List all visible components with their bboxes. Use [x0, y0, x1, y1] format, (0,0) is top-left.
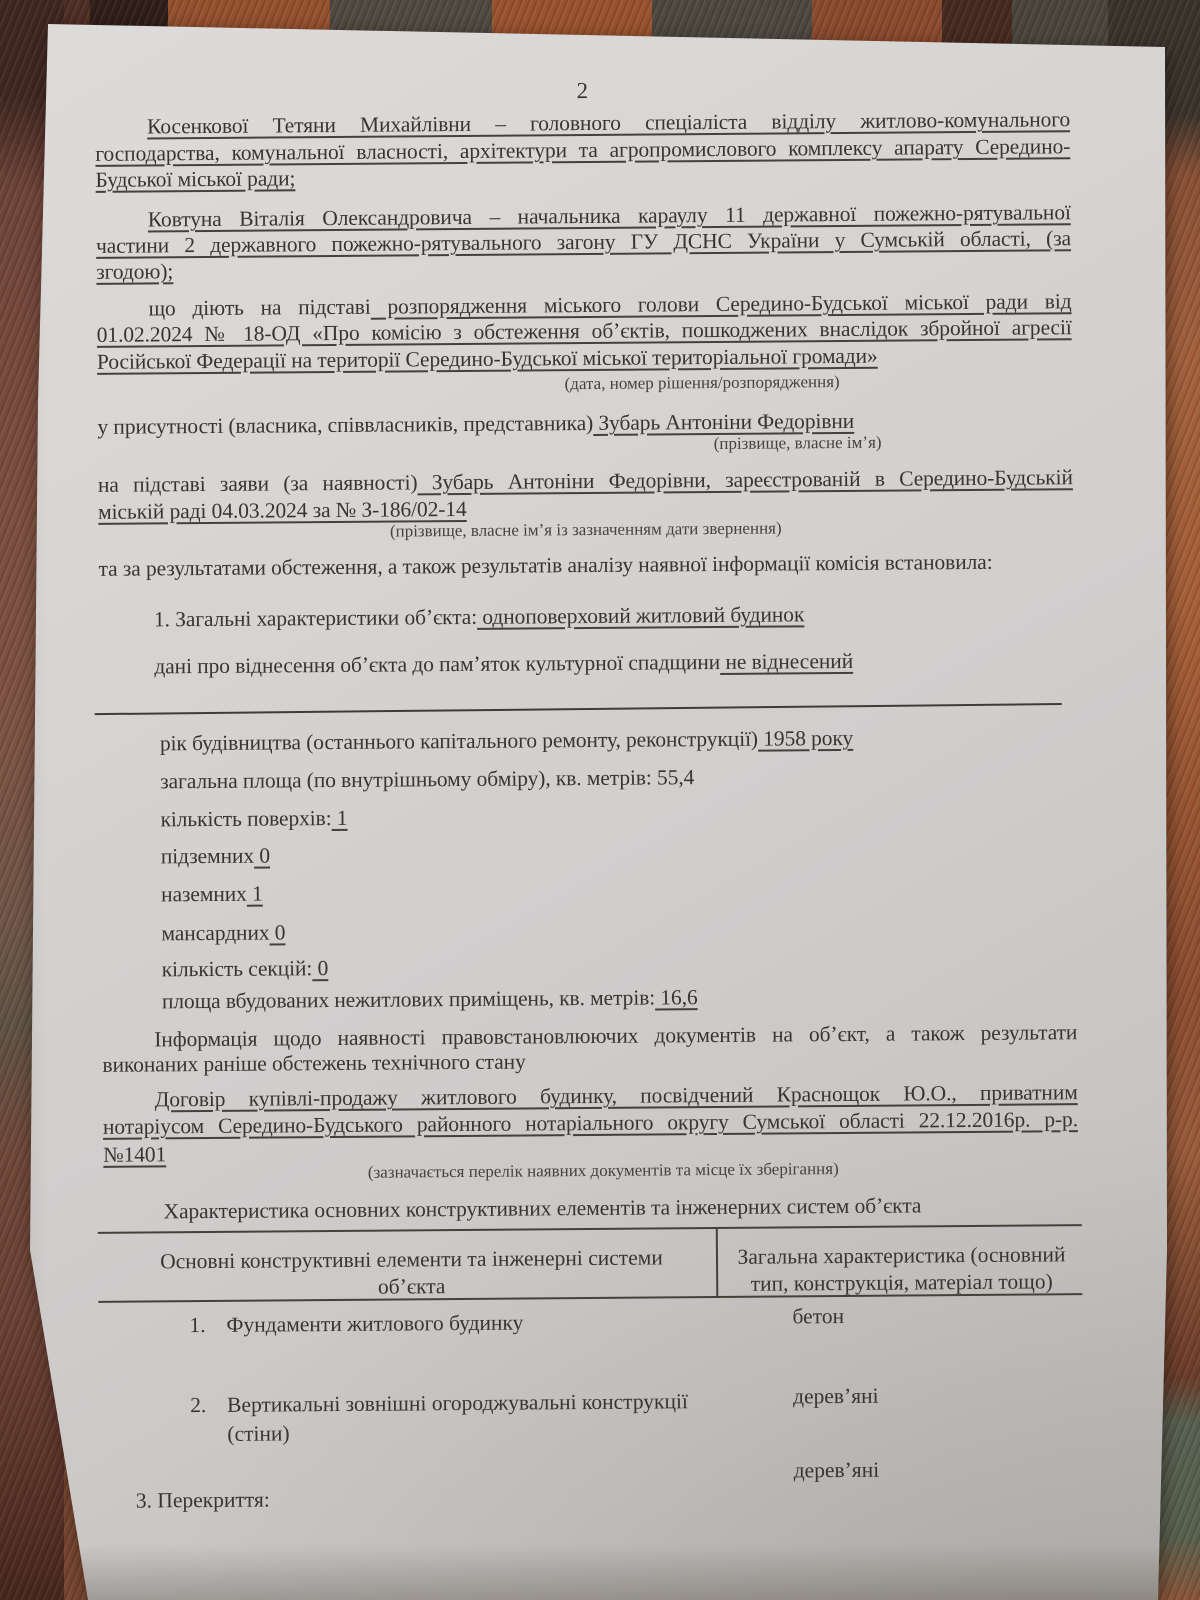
- document-content: 2 Косенкової Тетяни Михайлівни – головно…: [94, 0, 1082, 1600]
- text-segment: мансардних: [161, 921, 269, 946]
- table-row-number: 2.: [190, 1391, 206, 1420]
- text-segment: загальна площа (по внутрішньому обміру),…: [160, 765, 694, 793]
- table-cell-line: Вертикальні зовнішні огороджувальні конс…: [227, 1387, 767, 1420]
- table-header-line: об’єкта: [119, 1271, 704, 1303]
- text-segment: Характеристика основних конструктивних е…: [164, 1193, 922, 1223]
- table-header-characteristic: Загальна характеристика (основний тип, к…: [724, 1241, 1079, 1298]
- text-segment: підземних: [161, 844, 254, 869]
- table-header-line: тип, конструкція, матеріал тощо): [724, 1268, 1079, 1298]
- table-row-value: дерев’яні: [794, 1456, 880, 1486]
- text-segment: та за результатами обстеження, а також р…: [98, 550, 992, 581]
- table-row-value: дерев’яні: [793, 1382, 879, 1412]
- text-segment-underlined: 1: [331, 806, 347, 830]
- text-segment: рік будівництва (останнього капітального…: [160, 727, 758, 756]
- document-line: та за результатами обстеження, а також р…: [98, 548, 1073, 583]
- document-line: загальна площа (по внутрішньому обміру),…: [100, 761, 1075, 796]
- document-line: площа вбудованих нежитлових приміщень, к…: [102, 981, 1077, 1016]
- document-line: мансардних 0: [101, 913, 1076, 948]
- text-segment-underlined: 0: [254, 844, 270, 868]
- text-segment: у присутності (власника, співвласників, …: [97, 411, 593, 439]
- table-header-line: Основні конструктивні елементи та інжене…: [119, 1244, 704, 1276]
- table-row-element: Фундаменти житлового будинку: [226, 1307, 766, 1340]
- text-segment: 1. Загальні характеристики об’єкта:: [154, 605, 477, 632]
- text-segment: дані про віднесення об’єкта до пам’яток …: [154, 650, 720, 678]
- caption-owner-name: (прізвище, власне ім’я): [598, 432, 998, 455]
- table-row-element: Вертикальні зовнішні огороджувальні конс…: [227, 1387, 767, 1449]
- table-row-label: 3. Перекриття:: [136, 1486, 270, 1516]
- text-segment-underlined: Російської Федерації на території Середи…: [97, 344, 878, 374]
- document-line: кількість поверхів: 1: [100, 799, 1075, 834]
- text-segment: кількість секцій:: [162, 956, 313, 981]
- text-segment-underlined: нотаріусом Середино-Будського районного …: [103, 1107, 1078, 1139]
- table-row-number: 3.: [136, 1488, 152, 1512]
- document-line: Характеристика основних конструктивних е…: [104, 1191, 1079, 1226]
- text-segment: на підставі заяви (за наявності): [98, 470, 418, 497]
- document-line: 1. Загальні характеристики об’єкта: одно…: [99, 599, 1074, 634]
- text-segment-underlined: 1: [247, 882, 263, 906]
- text-segment-underlined: Зубарь Антоніни Федорівни, зареєстровані…: [417, 465, 1073, 494]
- text-segment-underlined: Будської міської ради;: [95, 166, 295, 192]
- document-line: рік будівництва (останнього капітального…: [100, 723, 1075, 758]
- document-line: наземних 1: [101, 874, 1076, 909]
- document-line: дані про віднесення об’єкта до пам’яток …: [99, 646, 1074, 681]
- text-segment: виконаних раніше обстежень технічного ст…: [102, 1050, 525, 1077]
- text-segment: площа вбудованих нежитлових приміщень, к…: [162, 985, 655, 1013]
- text-segment-underlined: 0: [312, 956, 328, 980]
- text-segment: що діють на підставі: [148, 295, 370, 321]
- separator-line: [95, 703, 1062, 715]
- table-row-element: Перекриття:: [157, 1488, 270, 1513]
- text-segment-underlined: одноповерховий житловий будинок: [477, 602, 804, 629]
- table-column-divider: [716, 1228, 719, 1296]
- text-segment-underlined: не віднесений: [720, 649, 853, 674]
- table-cell-line: (стіни): [227, 1416, 767, 1449]
- text-segment-underlined: Зубарь Антоніни Федорівни: [593, 409, 854, 435]
- table-row-value: бетон: [792, 1302, 844, 1331]
- caption-date-number: (дата, номер рішення/розпорядження): [477, 371, 927, 395]
- text-segment-underlined: згодою);: [96, 259, 173, 284]
- text-segment-underlined: 16,6: [655, 985, 698, 1009]
- photo-scene: 2 Косенкової Тетяни Михайлівни – головно…: [0, 0, 1200, 1600]
- text-segment: наземних: [161, 882, 247, 907]
- table-header-elements: Основні конструктивні елементи та інжене…: [119, 1244, 704, 1303]
- text-segment-underlined: 1958 року: [758, 726, 853, 751]
- text-segment-underlined: №1401: [103, 1142, 166, 1166]
- table-row-number: 1.: [189, 1311, 205, 1340]
- document-line: підземних 0: [101, 836, 1076, 871]
- text-segment-underlined: міській раді 04.03.2024 за № З-186/02-14: [98, 497, 467, 524]
- table-top-border: [98, 1224, 1082, 1234]
- table-header-line: Загальна характеристика (основний: [724, 1241, 1079, 1271]
- page-number: 2: [95, 74, 1070, 108]
- document-line: кількість секцій: 0: [102, 949, 1077, 984]
- text-segment: кількість поверхів:: [160, 806, 331, 831]
- text-segment-underlined: 0: [269, 920, 285, 944]
